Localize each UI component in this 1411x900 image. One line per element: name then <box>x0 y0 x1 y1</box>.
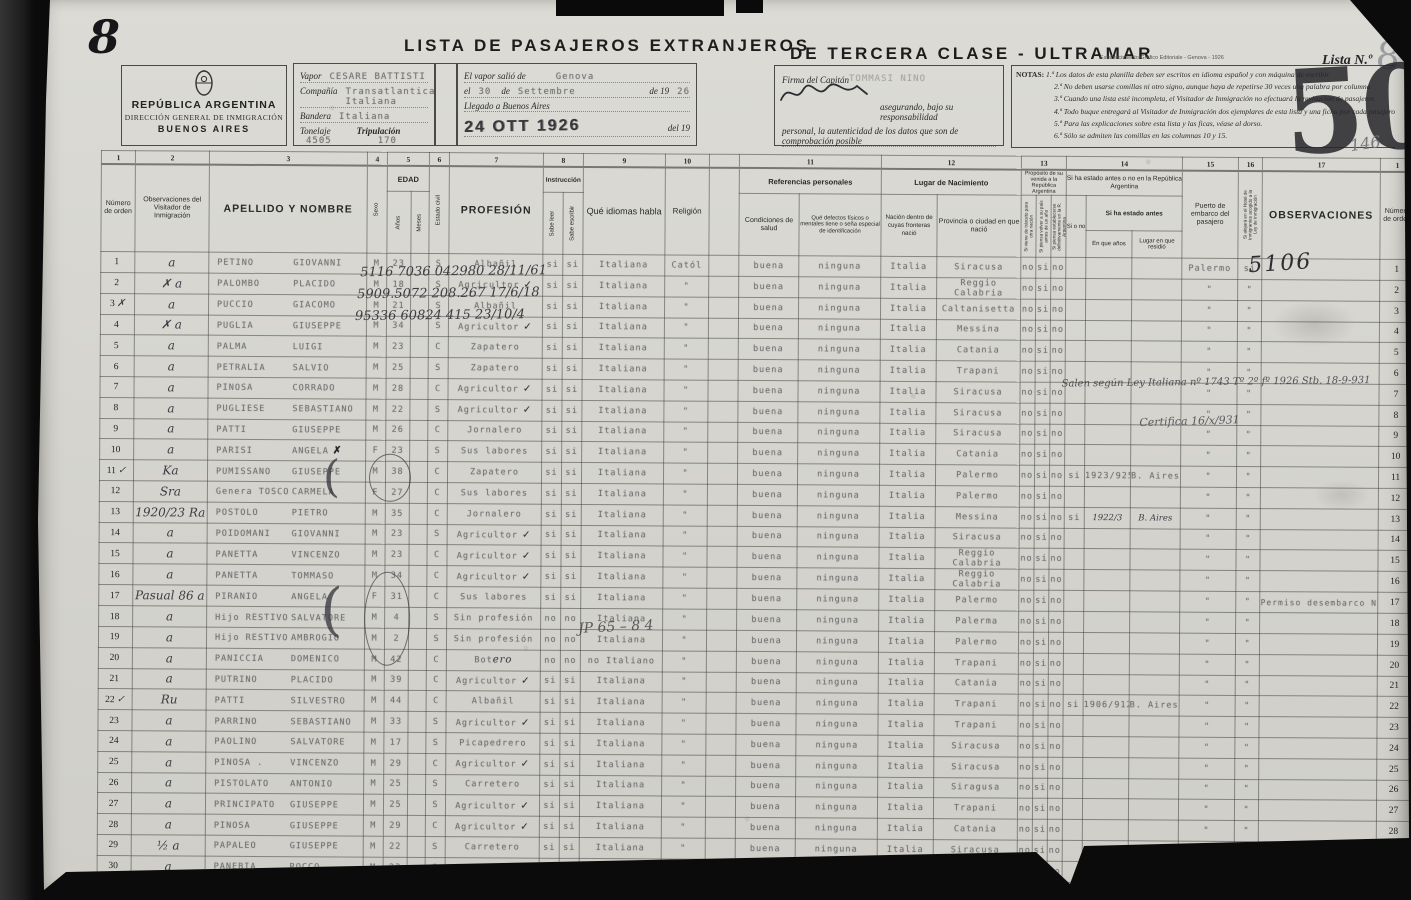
cell-order-number: 24 <box>98 730 132 751</box>
cell-religion: " <box>664 338 708 359</box>
cell-years-resided <box>1085 320 1131 341</box>
cell-hotel-inmigrantes: " <box>1237 363 1261 384</box>
cell-health: buena <box>736 693 796 714</box>
cell-age-months <box>409 545 427 566</box>
cell-order-number-right: 23 <box>1377 717 1411 738</box>
cell-embark-port: " <box>1178 820 1234 841</box>
header-lugar-nacimiento: Lugar de Nacimiento <box>881 169 1021 195</box>
cell-order-number-right: 1 <box>1380 259 1411 280</box>
cell-sex: M <box>365 524 385 545</box>
cell-embark-port: " <box>1179 779 1235 800</box>
cell-settle: no <box>1049 507 1064 528</box>
cell-hotel-inmigrantes: " <box>1236 550 1260 571</box>
cell-profession: Agricultor✓ <box>448 316 542 337</box>
cell-visitor-observations: a <box>134 335 208 356</box>
cell-birth-nation: Italia <box>877 798 933 819</box>
cell-health: buena <box>735 838 795 859</box>
cell-visitor-observations: 1920/23 Ra <box>133 501 207 522</box>
cell-transit: no <box>1018 736 1033 757</box>
cell-gap <box>705 797 735 818</box>
cell-embark-port: " <box>1180 549 1236 570</box>
cell-passenger-name: PUTRINOPLACIDO <box>206 669 364 691</box>
cell-defects: ninguna <box>799 277 881 299</box>
cell-visitor-observations: ✗ a <box>134 314 208 335</box>
cell-gap <box>705 859 735 880</box>
cell-religion: " <box>665 276 709 297</box>
cell-language: Italiana <box>581 588 663 609</box>
cell-return: si <box>1033 695 1048 716</box>
el-label: el <box>464 86 471 96</box>
cell-passenger-name: PINOSACORRADO <box>208 377 366 399</box>
cell-embark-port: " <box>1181 383 1237 404</box>
cell-defects: ninguna <box>796 693 878 714</box>
cell-place-resided <box>1132 279 1182 300</box>
cell-religion: " <box>661 859 705 880</box>
cell-language: Italiana <box>581 483 663 504</box>
cell-passenger-name: PALMALUIGI <box>208 336 366 358</box>
cell-religion: " <box>664 422 708 443</box>
cell-defects: ninguna <box>798 422 880 443</box>
cell-sex: M <box>366 357 386 378</box>
header-ha-estado: Si ha estado antes o no en la República … <box>1066 170 1182 196</box>
cell-order-number-right: 3 <box>1380 301 1411 322</box>
form-header: REPÚBLICA ARGENTINA DIRECCIÓN GENERAL DE… <box>121 62 1395 150</box>
cell-civil-status: S <box>428 399 448 420</box>
cell-settle: no <box>1049 611 1064 632</box>
cell-can-write: si <box>562 400 582 421</box>
document-sheet: 8 LISTA DE PASAJEROS EXTRANJEROS DE TERC… <box>28 0 1411 900</box>
cell-order-number: 20 <box>98 647 132 668</box>
cell-order-number-right: 30 <box>1376 863 1410 884</box>
header-meses: Meses <box>411 191 429 253</box>
cell-embark-port: " <box>1181 425 1237 446</box>
cell-order-number-right: 20 <box>1377 655 1411 676</box>
cell-religion: " <box>664 401 708 422</box>
cell-religion: " <box>663 463 707 484</box>
cell-sex: M <box>363 794 383 815</box>
cell-settle: no <box>1050 341 1065 362</box>
cell-order-number: 16 <box>99 564 133 585</box>
cell-gap <box>708 359 738 380</box>
cell-return: si <box>1034 465 1049 486</box>
cell-age-months <box>408 774 426 795</box>
cell-can-read: si <box>542 442 562 463</box>
cell-observations-right <box>1258 842 1376 864</box>
cell-health: buena <box>739 255 799 276</box>
sheet-number-stamp: 5106 <box>1248 249 1313 278</box>
cell-years-resided <box>1082 840 1128 861</box>
cell-can-read: si <box>541 504 561 525</box>
cell-order-number-right: 5 <box>1379 343 1411 364</box>
cell-been-before: si <box>1063 695 1083 716</box>
cell-age-months <box>408 732 426 753</box>
cell-observations-right <box>1259 779 1377 801</box>
header-sabe-escribir: Sabe escribir <box>563 192 583 254</box>
cell-observations-right <box>1261 342 1379 364</box>
anio-value: 26 <box>677 87 690 97</box>
cell-religion: " <box>664 359 708 380</box>
cell-profession: Carretero <box>445 837 539 858</box>
cell-birth-province: Palermo <box>935 590 1019 611</box>
cell-civil-status: S <box>426 774 446 795</box>
cell-transit: no <box>1020 361 1035 382</box>
cell-hotel-inmigrantes: " <box>1236 467 1260 488</box>
cell-can-read: si <box>540 754 560 775</box>
header-estado-antes: Si ha estado antes <box>1086 196 1182 232</box>
cell-years-resided <box>1084 591 1130 612</box>
cell-birth-province: Palerma <box>935 611 1019 632</box>
cell-civil-status: S <box>427 608 447 629</box>
cell-health: buena <box>736 672 796 693</box>
cell-can-read: si <box>540 692 560 713</box>
cell-language: Italiana <box>579 837 661 858</box>
cell-health: buena <box>737 610 797 631</box>
cell-transit: no <box>1017 861 1032 882</box>
cell-been-before <box>1065 424 1085 445</box>
cell-embark-port: " <box>1179 737 1235 758</box>
cell-civil-status: C <box>427 462 447 483</box>
cell-transit: no <box>1019 465 1034 486</box>
cell-age-years: 34 <box>386 316 410 337</box>
cell-place-resided <box>1128 799 1178 820</box>
cell-health: buena <box>736 776 796 797</box>
cell-defects: ninguna <box>798 381 880 402</box>
cell-can-write: si <box>561 483 581 504</box>
cell-religion: " <box>664 318 708 339</box>
country-name: REPÚBLICA ARGENTINA <box>122 99 286 111</box>
cell-language: Italiana <box>583 254 665 275</box>
document-title-right: DE TERCERA CLASE - ULTRAMAR <box>790 44 1153 64</box>
cell-age-months <box>409 503 427 524</box>
cell-age-years: 28 <box>386 378 410 399</box>
cell-hotel-inmigrantes: " <box>1237 404 1261 425</box>
cell-defects: ninguna <box>798 298 880 319</box>
ship-info-box: Vapor CESARE BATTISTI Compañía Transatla… <box>293 63 435 146</box>
cell-place-resided <box>1132 258 1182 279</box>
cell-observations-right <box>1260 571 1378 593</box>
cell-settle: no <box>1047 861 1062 882</box>
cell-can-write: no <box>560 650 580 671</box>
cell-return: si <box>1034 486 1049 507</box>
cell-place-resided <box>1130 570 1180 591</box>
cell-language: Italiana <box>580 629 662 650</box>
cell-defects: ninguna <box>798 402 880 423</box>
cell-can-read: si <box>542 296 562 317</box>
cell-order-number: 15 <box>99 543 133 564</box>
cell-religion: " <box>662 755 706 776</box>
cell-return: si <box>1035 320 1050 341</box>
cell-passenger-name: PANICCIADOMENICO <box>206 648 364 670</box>
cell-observations-right <box>1261 404 1379 426</box>
cell-transit: no <box>1021 257 1036 278</box>
cell-visitor-observations: a <box>133 606 207 627</box>
cell-settle: no <box>1048 715 1063 736</box>
cell-profession: Sus labores <box>447 587 541 608</box>
cell-can-write: si <box>561 504 581 525</box>
arrival-date-stamp: 24 OTT 1926 <box>464 117 581 137</box>
cell-visitor-observations: ½ a <box>131 835 205 856</box>
cell-years-resided <box>1085 299 1131 320</box>
cell-place-resided <box>1128 820 1178 841</box>
cell-return: si <box>1033 653 1048 674</box>
cell-age-months <box>410 399 428 420</box>
cell-transit: no <box>1020 341 1035 362</box>
cell-language: Italiana <box>582 421 664 442</box>
cell-transit: no <box>1020 444 1035 465</box>
cell-transit: no <box>1019 507 1034 528</box>
cell-age-months <box>408 628 426 649</box>
cell-return: si <box>1032 799 1047 820</box>
cell-place-resided: B. Aires <box>1130 466 1180 487</box>
cell-order-number: 22✓ <box>98 689 132 710</box>
cell-gap <box>708 401 738 422</box>
cell-transit: no <box>1019 486 1034 507</box>
cell-embark-port: " <box>1179 654 1235 675</box>
cell-birth-province: Palermo <box>934 632 1018 653</box>
cell-visitor-observations: a <box>131 793 205 814</box>
captain-signature <box>777 80 872 106</box>
cell-can-read: si <box>540 671 560 692</box>
cell-observations-right <box>1261 425 1379 447</box>
cell-order-number-right: 4 <box>1379 322 1411 343</box>
cell-religion: " <box>663 567 707 588</box>
cell-defects: ninguna <box>798 360 880 381</box>
cell-passenger-name: PISTOLATOANTONIO <box>206 773 364 795</box>
cell-been-before <box>1065 382 1085 403</box>
cell-order-number-right: 10 <box>1379 447 1411 468</box>
cell-years-resided <box>1085 341 1131 362</box>
cell-gap <box>708 318 738 339</box>
cell-can-read: si <box>539 796 559 817</box>
cell-age-months <box>410 295 428 316</box>
cell-passenger-name: PANETTAVINCENZO <box>207 544 365 566</box>
cell-civil-status: C <box>427 587 447 608</box>
cell-return: si <box>1035 445 1050 466</box>
cell-health: buena <box>736 714 796 735</box>
cell-gap <box>708 443 738 464</box>
cell-visitor-observations: Ka <box>133 460 207 481</box>
cell-transit: no <box>1018 674 1033 695</box>
cell-language: Italiana <box>579 796 661 817</box>
cell-religion: " <box>662 734 706 755</box>
cell-religion: " <box>663 484 707 505</box>
cell-been-before <box>1063 778 1083 799</box>
bandera-value: Italiana <box>339 112 390 122</box>
cell-observations-right <box>1259 654 1377 676</box>
cell-age-months <box>408 753 426 774</box>
cell-profession: Agricultor✓ <box>447 566 541 588</box>
cell-order-number: 2 <box>101 272 135 293</box>
cell-embark-port: " <box>1181 404 1237 425</box>
cell-age-months <box>407 816 425 837</box>
header-profesion: PROFESIÓN <box>449 166 544 254</box>
cell-visitor-observations: a <box>132 731 206 752</box>
cell-return: si <box>1036 278 1051 299</box>
cell-transit: no <box>1019 611 1034 632</box>
cell-birth-province: Messina <box>936 319 1020 340</box>
cell-birth-nation: Italia <box>879 590 935 611</box>
llegado-label: Llegado a Buenos Aires <box>464 101 550 111</box>
cell-embark-port: " <box>1180 487 1236 508</box>
header-si-o-no: Si o no <box>1066 195 1086 257</box>
cell-gap <box>707 589 737 610</box>
cell-religion: " <box>662 651 706 672</box>
cell-sex: M <box>366 337 386 358</box>
cell-settle: no <box>1050 320 1065 341</box>
pen-brace-rows-17-19: ( <box>320 575 343 643</box>
cell-settle: no <box>1050 361 1065 382</box>
cell-embark-port: " <box>1181 445 1237 466</box>
cell-order-number: 1 <box>101 252 135 273</box>
cell-age-months <box>410 316 428 337</box>
cell-religion: " <box>664 297 708 318</box>
big-number-stamp: 50 <box>1281 48 1411 172</box>
cell-religion: " <box>661 817 705 838</box>
cell-can-write: si <box>560 712 580 733</box>
cell-sex: M <box>364 753 384 774</box>
cell-sex: M <box>364 774 384 795</box>
cell-language: Italiana <box>582 379 664 400</box>
cell-birth-nation: Italia <box>878 631 934 652</box>
cell-settle: no <box>1050 382 1065 403</box>
cell-age-months <box>410 378 428 399</box>
cell-gap <box>706 672 736 693</box>
cell-religion: " <box>663 546 707 567</box>
cell-age-years: 23 <box>385 524 409 545</box>
cell-been-before <box>1063 653 1083 674</box>
cell-embark-port: " <box>1180 570 1236 591</box>
cell-defects: ninguna <box>796 755 878 776</box>
cell-passenger-name: PALOMBOPLACIDO <box>209 273 367 295</box>
cell-order-number: 13 <box>99 501 133 522</box>
cell-profession: Agricultor✓ <box>448 379 542 400</box>
cell-civil-status: S <box>426 732 446 753</box>
cell-age-months <box>409 462 427 483</box>
cell-transit: no <box>1017 819 1032 840</box>
cell-transit: no <box>1019 528 1034 549</box>
cell-visitor-observations: a <box>131 855 205 876</box>
cell-observations-right <box>1258 800 1376 822</box>
cell-settle: no <box>1050 445 1065 466</box>
cell-can-read: si <box>541 525 561 546</box>
cell-place-resided <box>1130 528 1180 549</box>
vapor-label: Vapor <box>300 71 322 81</box>
header-establecerse: Si piensa establecerse definitivamente e… <box>1051 195 1066 257</box>
cell-sex: M <box>363 815 383 836</box>
cell-language: Italiana <box>579 817 661 838</box>
cell-settle: no <box>1050 299 1065 320</box>
cell-language: Italiana <box>582 442 664 463</box>
pen-circle-ages-11-12 <box>369 454 411 502</box>
cell-return: si <box>1035 361 1050 382</box>
cell-profession: Agricultor✓ <box>449 274 543 296</box>
cell-place-resided <box>1131 383 1181 404</box>
cell-age-months <box>409 482 427 503</box>
cell-birth-nation: Italia <box>879 506 935 527</box>
cell-observations-right <box>1259 696 1377 718</box>
cell-transit: no <box>1020 403 1035 424</box>
cell-sex: M <box>366 399 386 420</box>
cell-hotel-inmigrantes: " <box>1236 592 1260 613</box>
cell-settle: no <box>1048 757 1063 778</box>
header-defectos: Qué defectos físicos o mentales tiene o … <box>799 194 881 256</box>
cell-visitor-observations: a <box>134 418 208 439</box>
cell-language: Italiana <box>581 525 663 546</box>
cell-civil-status: C <box>426 691 446 712</box>
cell-embark-port: " <box>1178 862 1234 883</box>
cell-can-read: si <box>539 837 559 858</box>
cell-visitor-observations: a <box>133 543 207 564</box>
cell-visitor-observations: a <box>132 668 206 689</box>
cell-been-before <box>1062 799 1082 820</box>
cell-religion: " <box>662 630 706 651</box>
cell-been-before <box>1065 341 1085 362</box>
cell-observations-right <box>1261 321 1379 343</box>
cell-return: si <box>1035 382 1050 403</box>
cell-transit: no <box>1018 715 1033 736</box>
cell-civil-status: S <box>428 441 448 462</box>
cell-order-number-right: 8 <box>1379 405 1411 426</box>
cell-years-resided <box>1085 403 1131 424</box>
cell-been-before <box>1064 612 1084 633</box>
cell-religion: Catól <box>665 255 709 276</box>
cell-can-write: si <box>560 692 580 713</box>
cell-observations-right <box>1259 675 1377 697</box>
cell-profession: Albañil <box>448 295 542 316</box>
cell-age-years: 17 <box>384 732 408 753</box>
cell-can-read: si <box>541 462 561 483</box>
cell-birth-province: Reggio Calabria <box>935 548 1019 570</box>
cell-age-months <box>408 691 426 712</box>
cell-health: buena <box>738 401 798 422</box>
cell-language: Italiana <box>580 754 662 775</box>
cell-passenger-name: PATTIGIUSEPPE <box>208 419 366 441</box>
cell-embark-port: " <box>1182 279 1238 300</box>
cell-can-read: si <box>542 400 562 421</box>
cell-birth-nation: Italia <box>878 756 934 777</box>
cell-order-number: 7 <box>100 376 134 397</box>
cell-sex: M <box>363 836 383 857</box>
cell-birth-province: Reggio Calabria <box>937 277 1021 299</box>
mes-value: Settembre <box>518 87 576 97</box>
cell-birth-nation: Italia <box>879 464 935 485</box>
cell-observations-right <box>1259 758 1377 780</box>
compania-value: Transatlantica Italiana <box>346 87 436 107</box>
cell-years-resided <box>1082 861 1128 882</box>
cell-profession: Sus labores <box>448 441 542 462</box>
cell-profession: Agricultor✓ <box>446 753 540 774</box>
cell-civil-status: S <box>428 295 448 316</box>
cell-birth-nation: Italia <box>878 694 934 715</box>
cell-birth-nation: Italia <box>879 527 935 548</box>
cell-observations-right <box>1261 363 1379 385</box>
cell-sex: M <box>366 378 386 399</box>
cell-visitor-observations: a <box>134 397 208 418</box>
cell-birth-nation: Italia <box>881 277 937 298</box>
cell-years-resided <box>1084 486 1130 507</box>
cell-health: buena <box>737 568 797 589</box>
cell-gap <box>707 484 737 505</box>
cell-gap <box>708 339 738 360</box>
cell-birth-nation: Italia <box>880 360 936 381</box>
cell-age-years: 23 <box>385 545 409 566</box>
cell-embark-port: " <box>1180 529 1236 550</box>
cell-years-resided <box>1083 716 1129 737</box>
cell-profession: Zapatero <box>448 337 542 358</box>
cell-can-read: si <box>542 379 562 400</box>
cell-settle: no <box>1049 570 1064 591</box>
cell-transit: no <box>1017 840 1032 861</box>
